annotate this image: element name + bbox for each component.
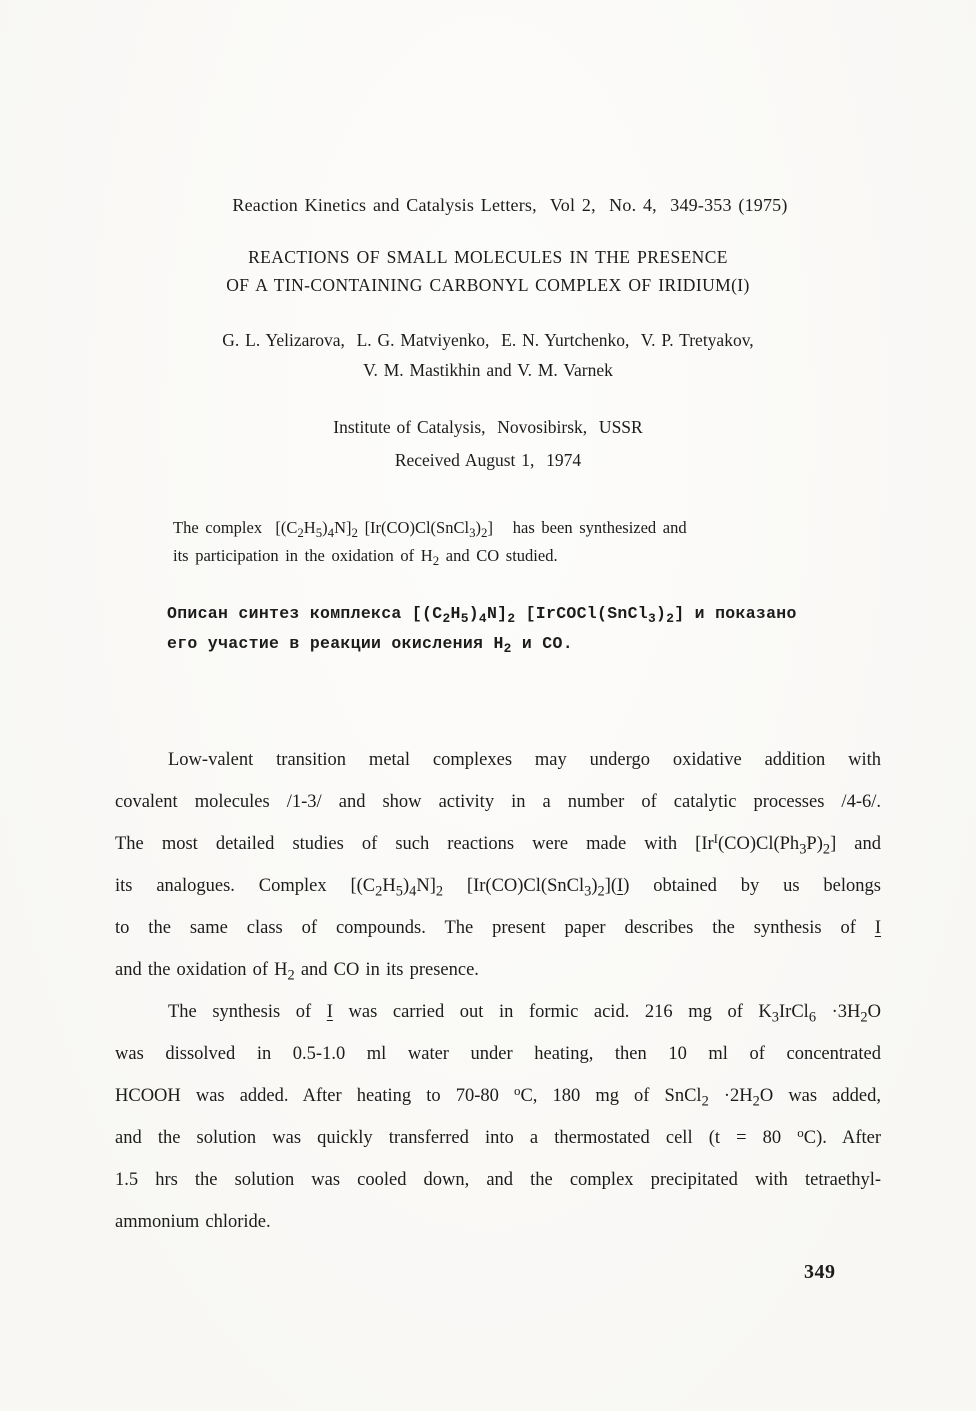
text-line: Описан синтез комплекса [(C2H5)4N]2 [IrC… [167,599,877,629]
text-line: Low-valent transition metal complexes ma… [115,739,881,781]
text-line: its participation in the oxidation of H2… [173,542,838,570]
body-paragraph-1: Low-valent transition metal complexes ma… [115,739,881,991]
text-line: REACTIONS OF SMALL MOLECULES IN THE PRES… [0,243,976,271]
abstract-english: The complex [(C2H5)4N]2 [Ir(CO)Cl(SnCl3)… [173,514,838,570]
text-line: was dissolved in 0.5-1.0 ml water under … [115,1033,881,1075]
journal-header-line: Reaction Kinetics and Catalysis Letters,… [22,195,976,216]
abstract-russian: Описан синтез комплекса [(C2H5)4N]2 [IrC… [167,599,877,659]
text-line: The synthesis of I was carried out in fo… [115,991,881,1033]
received-date: Received August 1, 1974 [0,450,976,471]
body-text: Low-valent transition metal complexes ma… [115,739,881,1243]
page-number: 349 [804,1261,836,1284]
authors: G. L. Yelizarova, L. G. Matviyenko, E. N… [0,326,976,385]
text-line: The most detailed studies of such reacti… [115,823,881,865]
body-paragraph-2: The synthesis of I was carried out in fo… [115,991,881,1243]
text-line: and the oxidation of H2 and CO in its pr… [115,949,881,991]
text-line: ammonium chloride. [115,1201,881,1243]
text-line: to the same class of compounds. The pres… [115,907,881,949]
text-line: 1.5 hrs the solution was cooled down, an… [115,1159,881,1201]
text-line: covalent molecules /1-3/ and show activi… [115,781,881,823]
text-line: and the solution was quickly transferred… [115,1117,881,1159]
text-line: его участие в реакции окисления H2 и CO. [167,629,877,659]
text-line: V. M. Mastikhin and V. M. Varnek [0,356,976,386]
scanned-paper-page: Reaction Kinetics and Catalysis Letters,… [0,0,976,1411]
paper-title: REACTIONS OF SMALL MOLECULES IN THE PRES… [0,243,976,299]
text-line: HCOOH was added. After heating to 70-80 … [115,1075,881,1117]
text-line: its analogues. Complex [(C2H5)4N]2 [Ir(C… [115,865,881,907]
text-line: G. L. Yelizarova, L. G. Matviyenko, E. N… [0,326,976,356]
text-line: OF A TIN-CONTAINING CARBONYL COMPLEX OF … [0,271,976,299]
affiliation: Institute of Catalysis, Novosibirsk, USS… [0,417,976,438]
text-line: The complex [(C2H5)4N]2 [Ir(CO)Cl(SnCl3)… [173,514,838,542]
